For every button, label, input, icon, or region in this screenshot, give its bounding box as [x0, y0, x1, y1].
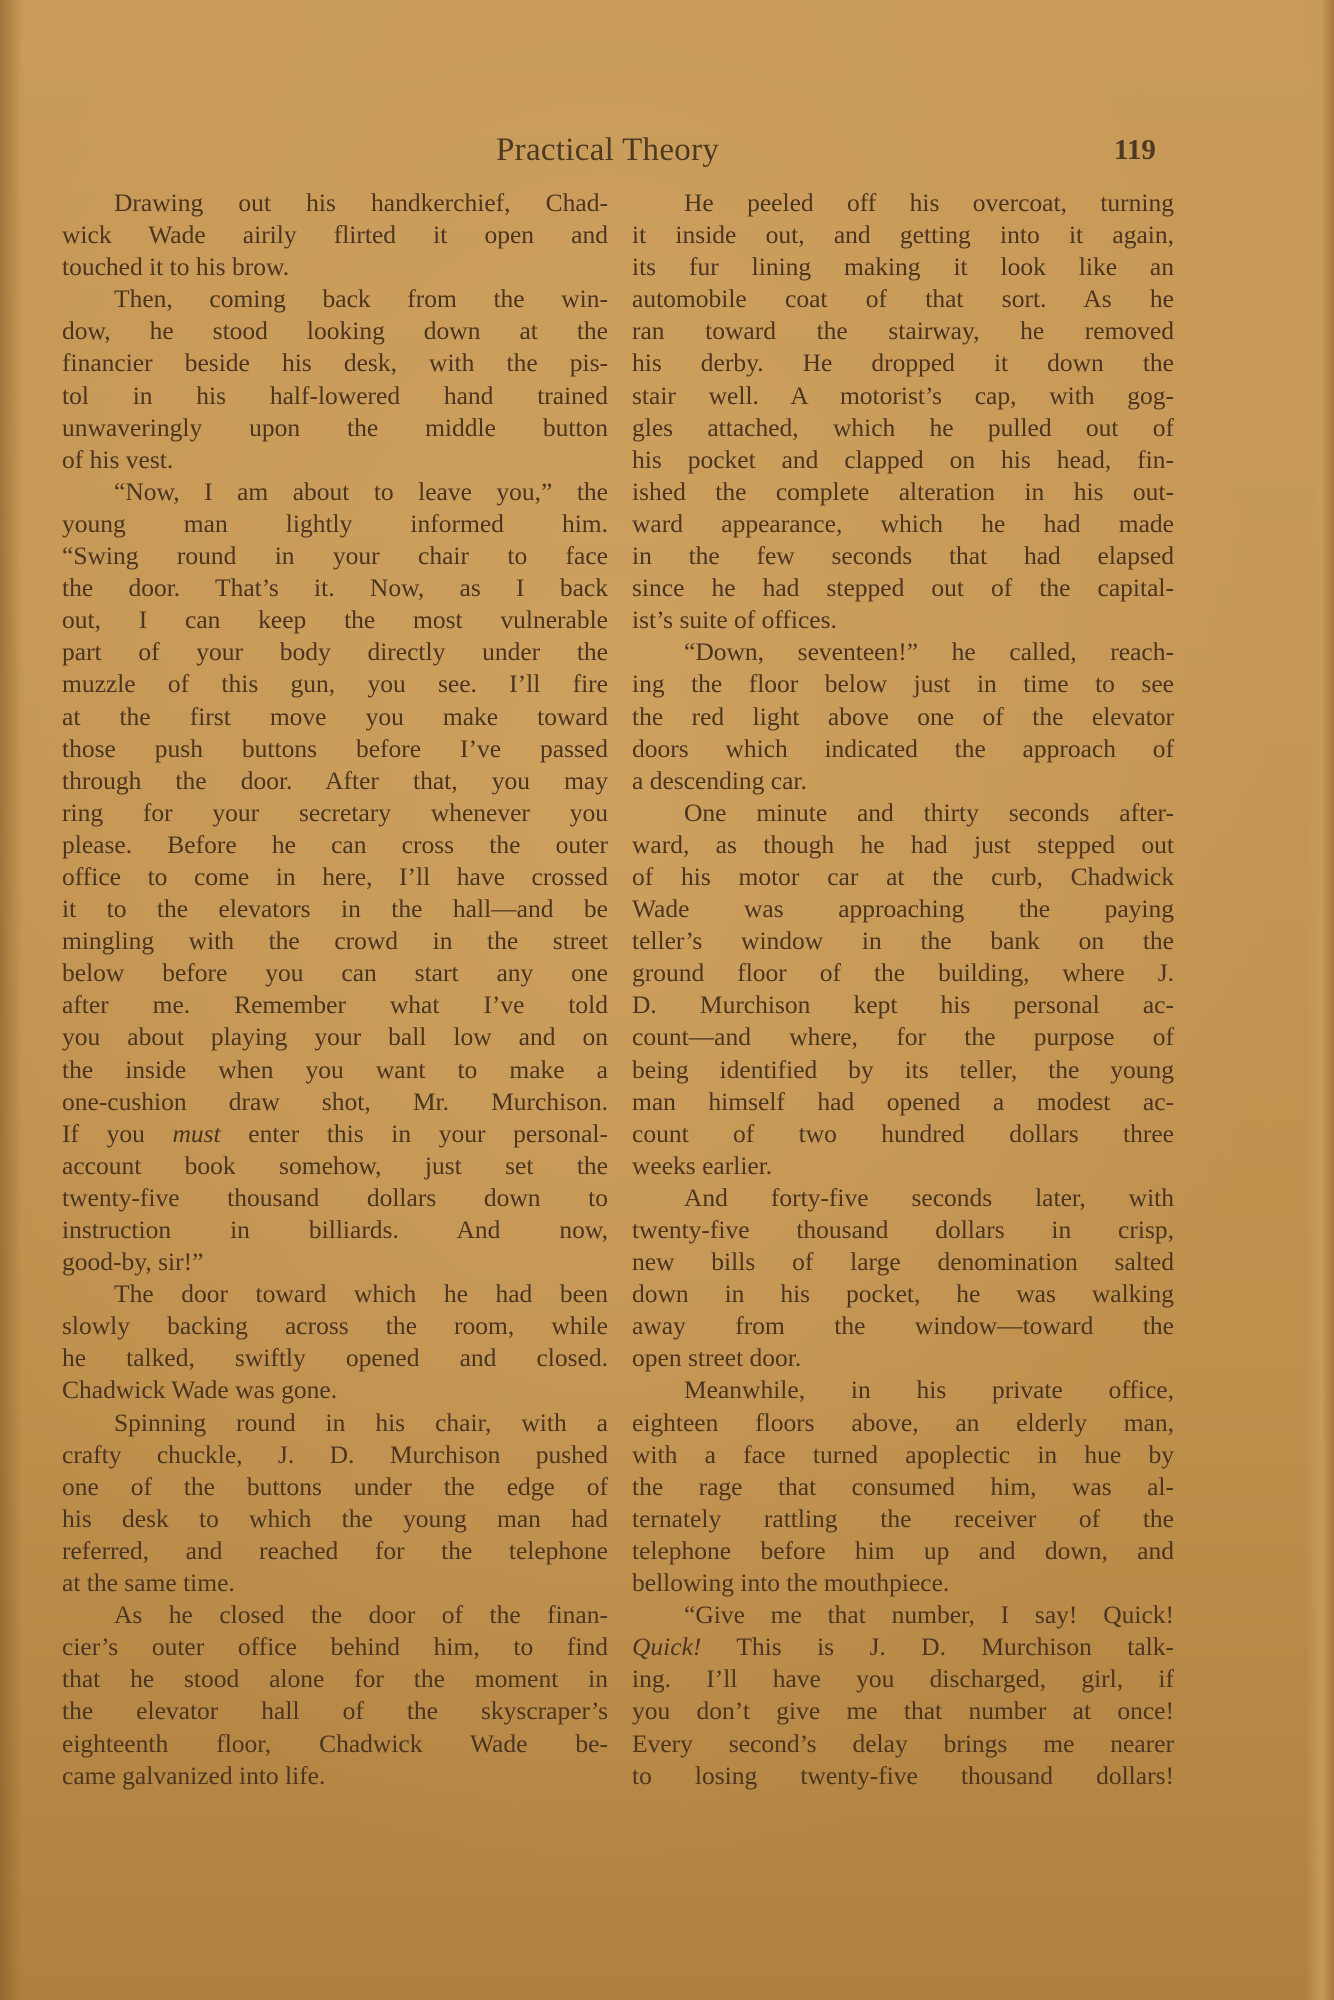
text-line: came galvanized into life. — [62, 1760, 608, 1792]
text-line: the red light above one of the elevator — [632, 701, 1174, 733]
text-line: eighteenth floor, Chadwick Wade be- — [62, 1728, 608, 1760]
text-line: being identified by its teller, the youn… — [632, 1054, 1174, 1086]
text-line: twenty-five thousand dollars in crisp, — [632, 1214, 1174, 1246]
text-line: teller’s window in the bank on the — [632, 925, 1174, 957]
text-line: the elevator hall of the skyscraper’s — [62, 1695, 608, 1727]
text-line: ternately rattling the receiver of the — [632, 1503, 1174, 1535]
text-line: gles attached, which he pulled out of — [632, 412, 1174, 444]
text-line: bellowing into the mouthpiece. — [632, 1567, 1174, 1599]
text-line: instruction in billiards. And now, — [62, 1214, 608, 1246]
text-line: stair well. A motorist’s cap, with gog- — [632, 380, 1174, 412]
text-line: tol in his half-lowered hand trained — [62, 380, 608, 412]
text-line: part of your body directly under the — [62, 636, 608, 668]
text-line: account book somehow, just set the — [62, 1150, 608, 1182]
text-line: at the first move you make toward — [62, 701, 608, 733]
text-line: young man lightly informed him. — [62, 508, 608, 540]
text-line: Quick! This is J. D. Murchison talk- — [632, 1631, 1174, 1663]
text-line: dow, he stood looking down at the — [62, 315, 608, 347]
emphasis: Quick! — [632, 1632, 701, 1661]
text-line: his derby. He dropped it down the — [632, 347, 1174, 379]
text-line: D. Murchison kept his personal ac- — [632, 989, 1174, 1021]
text-line: “Down, seventeen!” he called, reach- — [632, 636, 1174, 668]
text-line: his desk to which the young man had — [62, 1503, 608, 1535]
text-column-left: Drawing out his handkerchief, Chad-wick … — [62, 187, 608, 1792]
text-line: he talked, swiftly opened and closed. — [62, 1342, 608, 1374]
text-line: it inside out, and getting into it again… — [632, 219, 1174, 251]
text-line: Drawing out his handkerchief, Chad- — [62, 187, 608, 219]
text-line: automobile coat of that sort. As he — [632, 283, 1174, 315]
book-page: Practical Theory 119 Drawing out his han… — [0, 0, 1334, 2000]
text-line: below before you can start any one — [62, 957, 608, 989]
text-line: count of two hundred dollars three — [632, 1118, 1174, 1150]
text-line: “Now, I am about to leave you,” the — [62, 476, 608, 508]
text-line: its fur lining making it look like an — [632, 251, 1174, 283]
text-line: “Swing round in your chair to face — [62, 540, 608, 572]
running-head: Practical Theory 119 — [0, 132, 1334, 172]
text-line: The door toward which he had been — [62, 1278, 608, 1310]
text-line: ring for your secretary whenever you — [62, 797, 608, 829]
text-line: Spinning round in his chair, with a — [62, 1407, 608, 1439]
text-line: twenty-five thousand dollars down to — [62, 1182, 608, 1214]
text-line: in the few seconds that had elapsed — [632, 540, 1174, 572]
text-line: mingling with the crowd in the street — [62, 925, 608, 957]
text-line: If you must enter this in your personal- — [62, 1118, 608, 1150]
text-line: As he closed the door of the finan- — [62, 1599, 608, 1631]
text-line: ing the floor below just in time to see — [632, 668, 1174, 700]
text-line: a descending car. — [632, 765, 1174, 797]
text-line: the door. That’s it. Now, as I back — [62, 572, 608, 604]
text-column-right: He peeled off his overcoat, turningit in… — [632, 187, 1174, 1792]
text-line: ward appearance, which he had made — [632, 508, 1174, 540]
text-line: after me. Remember what I’ve told — [62, 989, 608, 1021]
text-line: doors which indicated the approach of — [632, 733, 1174, 765]
text-line: touched it to his brow. — [62, 251, 608, 283]
text-line: Chadwick Wade was gone. — [62, 1374, 608, 1406]
text-line: referred, and reached for the telephone — [62, 1535, 608, 1567]
text-line: since he had stepped out of the capital- — [632, 572, 1174, 604]
text-line: of his vest. — [62, 444, 608, 476]
emphasis: must — [172, 1119, 220, 1148]
text-line: Meanwhile, in his private office, — [632, 1374, 1174, 1406]
text-line: count—and where, for the purpose of — [632, 1021, 1174, 1053]
text-line: with a face turned apoplectic in hue by — [632, 1439, 1174, 1471]
text-line: ward, as though he had just stepped out — [632, 829, 1174, 861]
text-line: ing. I’ll have you discharged, girl, if — [632, 1663, 1174, 1695]
text-line: open street door. — [632, 1342, 1174, 1374]
text-line: it to the elevators in the hall—and be — [62, 893, 608, 925]
text-line: “Give me that number, I say! Quick! — [632, 1599, 1174, 1631]
text-line: slowly backing across the room, while — [62, 1310, 608, 1342]
text-line: telephone before him up and down, and — [632, 1535, 1174, 1567]
text-line: Every second’s delay brings me nearer — [632, 1728, 1174, 1760]
text-line: to losing twenty-five thousand dollars! — [632, 1760, 1174, 1792]
text-line: office to come in here, I’ll have crosse… — [62, 861, 608, 893]
text-line: cier’s outer office behind him, to find — [62, 1631, 608, 1663]
text-line: ist’s suite of offices. — [632, 604, 1174, 636]
text-line: unwaveringly upon the middle button — [62, 412, 608, 444]
text-line: one of the buttons under the edge of — [62, 1471, 608, 1503]
text-line: you don’t give me that number at once! — [632, 1695, 1174, 1727]
text-line: that he stood alone for the moment in — [62, 1663, 608, 1695]
text-line: good-by, sir!” — [62, 1246, 608, 1278]
text-line: you about playing your ball low and on — [62, 1021, 608, 1053]
text-line: ished the complete alteration in his out… — [632, 476, 1174, 508]
text-line: financier beside his desk, with the pis- — [62, 347, 608, 379]
text-line: at the same time. — [62, 1567, 608, 1599]
text-line: of his motor car at the curb, Chadwick — [632, 861, 1174, 893]
text-line: away from the window—toward the — [632, 1310, 1174, 1342]
text-line: muzzle of this gun, you see. I’ll fire — [62, 668, 608, 700]
text-line: please. Before he can cross the outer — [62, 829, 608, 861]
text-line: the rage that consumed him, was al- — [632, 1471, 1174, 1503]
text-line: Then, coming back from the win- — [62, 283, 608, 315]
text-line: out, I can keep the most vulnerable — [62, 604, 608, 636]
text-line: weeks earlier. — [632, 1150, 1174, 1182]
text-line: man himself had opened a modest ac- — [632, 1086, 1174, 1118]
text-line: crafty chuckle, J. D. Murchison pushed — [62, 1439, 608, 1471]
text-line: And forty-five seconds later, with — [632, 1182, 1174, 1214]
text-line: the inside when you want to make a — [62, 1054, 608, 1086]
text-line: Wade was approaching the paying — [632, 893, 1174, 925]
text-line: He peeled off his overcoat, turning — [632, 187, 1174, 219]
text-line: those push buttons before I’ve passed — [62, 733, 608, 765]
text-line: eighteen floors above, an elderly man, — [632, 1407, 1174, 1439]
page-number: 119 — [1114, 134, 1156, 167]
text-line: new bills of large denomination salted — [632, 1246, 1174, 1278]
text-line: One minute and thirty seconds after- — [632, 797, 1174, 829]
text-line: down in his pocket, he was walking — [632, 1278, 1174, 1310]
text-line: ground floor of the building, where J. — [632, 957, 1174, 989]
text-line: through the door. After that, you may — [62, 765, 608, 797]
running-title: Practical Theory — [496, 132, 719, 169]
text-line: ran toward the stairway, he removed — [632, 315, 1174, 347]
text-line: one-cushion draw shot, Mr. Murchison. — [62, 1086, 608, 1118]
text-line: wick Wade airily flirted it open and — [62, 219, 608, 251]
text-line: his pocket and clapped on his head, fin- — [632, 444, 1174, 476]
